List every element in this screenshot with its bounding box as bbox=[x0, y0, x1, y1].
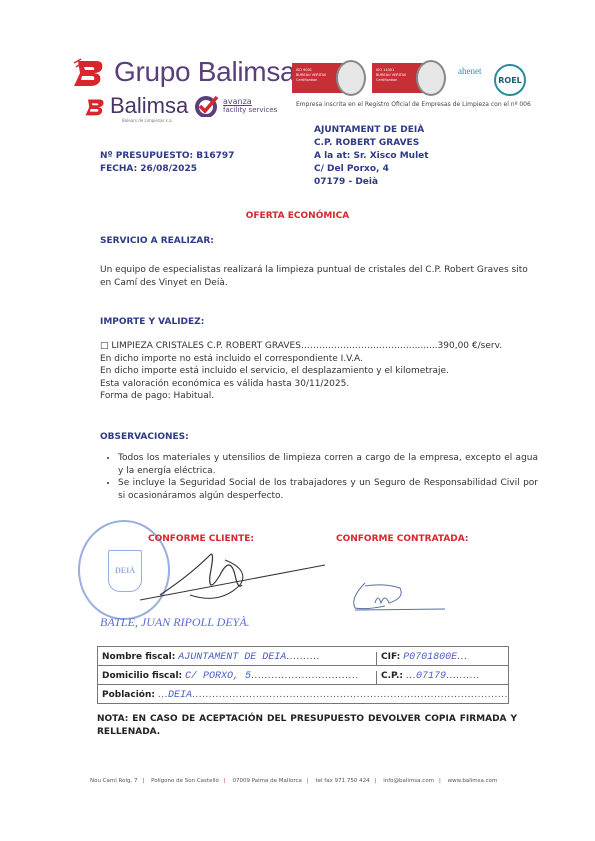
client-signature-label: CONFORME CLIENTE: bbox=[148, 534, 254, 544]
sub-brand-tagline: Balears de Limpiezas s.a. bbox=[122, 118, 173, 123]
amount-heading: IMPORTE Y VALIDEZ: bbox=[100, 317, 204, 327]
cif-label: CIF: bbox=[381, 652, 400, 662]
fiscal-data-form: Nombre fiscal: AJUNTAMENT DE DEIÀ.......… bbox=[97, 646, 509, 704]
client-signature bbox=[130, 545, 330, 605]
poblacion-field[interactable]: DEIÀ bbox=[168, 690, 192, 701]
balimsa-sub-logo: Balimsa Balears de Limpiezas s.a. bbox=[84, 96, 188, 116]
quote-meta: Nº PRESUPUESTO: B16797 FECHA: 26/08/2025 bbox=[100, 150, 234, 176]
ahenet-logo: ahenet bbox=[458, 66, 481, 76]
service-text: Un equipo de especialistas realizará la … bbox=[100, 264, 530, 289]
domicilio-fiscal-label: Domicilio fiscal: bbox=[102, 671, 182, 681]
form-row-nombre: Nombre fiscal: AJUNTAMENT DE DEIÀ.......… bbox=[98, 647, 508, 666]
cp-label: C.P.: bbox=[381, 671, 403, 681]
form-row-poblacion: Población: ...DEIÀ......................… bbox=[98, 685, 508, 703]
avanza-check-icon bbox=[195, 95, 219, 117]
bureau-veritas-seal-icon bbox=[416, 60, 446, 96]
footer-city: 07009 Palma de Mallorca bbox=[232, 778, 301, 784]
offer-title: OFERTA ECONÓMICA bbox=[0, 211, 595, 221]
recipient-line: A la at: Sr. Xisco Mulet bbox=[314, 150, 429, 163]
bureau-veritas-seal-icon bbox=[336, 60, 366, 96]
contractor-signature bbox=[345, 578, 455, 613]
partner-name: avanza bbox=[223, 97, 277, 106]
line-item: □ LIMPIEZA CRISTALES C.P. ROBERT GRAVES…… bbox=[100, 340, 540, 353]
observation-item: Todos los materiales y utensilios de lim… bbox=[118, 452, 538, 477]
quote-number: Nº PRESUPUESTO: B16797 bbox=[100, 150, 234, 163]
nombre-fiscal-field[interactable]: AJUNTAMENT DE DEIÀ bbox=[178, 652, 286, 663]
client-handwritten-name: BATLE, JUAN RIPOLL DEYÀ. bbox=[100, 615, 250, 630]
cif-field[interactable]: P0701800E bbox=[403, 652, 457, 663]
certification-badge-iso9001: ISO 9001 BUREAU VERITAS Certification bbox=[292, 63, 352, 93]
brand-title: Grupo Balimsa bbox=[114, 56, 295, 88]
observations-heading: OBSERVACIONES: bbox=[100, 432, 189, 442]
amount-note: En dicho importe está incluido el servic… bbox=[100, 365, 540, 378]
observations-list: Todos los materiales y utensilios de lim… bbox=[100, 452, 538, 502]
footer-phone: tel fax 971 750 424 bbox=[315, 778, 369, 784]
registry-note: Empresa inscrita en el Registro Oficial … bbox=[296, 101, 531, 108]
contractor-signature-label: CONFORME CONTRATADA: bbox=[336, 534, 469, 544]
recipient-line: C/ Del Porxo, 4 bbox=[314, 163, 429, 176]
roel-label: ROEL bbox=[498, 76, 522, 85]
recipient-line: C.P. ROBERT GRAVES bbox=[314, 137, 429, 150]
recipient-address: AJUNTAMENT DE DEIÀ C.P. ROBERT GRAVES A … bbox=[314, 124, 429, 189]
footer-contact: Nou Camí Roig, 7| Polígono de Son Castel… bbox=[90, 778, 497, 784]
cp-field[interactable]: 07179 bbox=[416, 671, 446, 682]
balimsa-small-logo-icon bbox=[84, 97, 106, 116]
sub-brand-name: Balimsa bbox=[110, 96, 188, 116]
recipient-line: 07179 - Deià bbox=[314, 176, 429, 189]
certification-badge-iso14001: ISO 14001 BUREAU VERITAS Certification bbox=[372, 63, 432, 93]
nombre-fiscal-label: Nombre fiscal: bbox=[102, 652, 175, 662]
poblacion-label: Población: bbox=[102, 690, 155, 700]
quote-date: FECHA: 26/08/2025 bbox=[100, 163, 234, 176]
footer-website-link[interactable]: www.balimsa.com bbox=[448, 778, 498, 784]
domicilio-fiscal-field[interactable]: C/ PORXO, 5 bbox=[185, 671, 251, 682]
recipient-line: AJUNTAMENT DE DEIÀ bbox=[314, 124, 429, 137]
amount-note: En dicho importe no está incluido el cor… bbox=[100, 353, 540, 366]
amount-note: Esta valoración económica es válida hast… bbox=[100, 378, 540, 391]
balimsa-logo-icon bbox=[72, 57, 106, 87]
amount-section: □ LIMPIEZA CRISTALES C.P. ROBERT GRAVES…… bbox=[100, 340, 540, 403]
avanza-logo: avanza facility services bbox=[195, 95, 277, 117]
form-row-domicilio: Domicilio fiscal: C/ PORXO, 5...........… bbox=[98, 666, 508, 685]
amount-note: Forma de pago: Habitual. bbox=[100, 390, 540, 403]
footer-industrial-area: Polígono de Son Castelló bbox=[151, 778, 219, 784]
footer-address: Nou Camí Roig, 7 bbox=[90, 778, 138, 784]
observation-item: Se incluye la Seguridad Social de los tr… bbox=[118, 477, 538, 502]
roel-logo: ROEL bbox=[494, 64, 526, 96]
grupo-balimsa-logo: Grupo Balimsa bbox=[72, 56, 295, 88]
footer-email-link[interactable]: info@balimsa.com bbox=[383, 778, 434, 784]
partner-tagline: facility services bbox=[223, 106, 277, 115]
acceptance-note: NOTA: EN CASO DE ACEPTACIÓN DEL PRESUPUE… bbox=[97, 713, 517, 738]
service-heading: SERVICIO A REALIZAR: bbox=[100, 236, 214, 246]
